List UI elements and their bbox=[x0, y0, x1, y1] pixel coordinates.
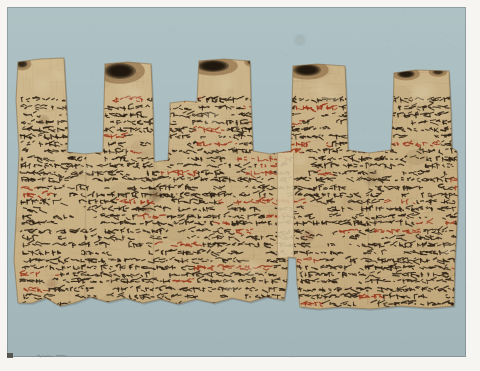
artwork-canvas bbox=[0, 0, 480, 371]
photograph bbox=[0, 0, 480, 371]
